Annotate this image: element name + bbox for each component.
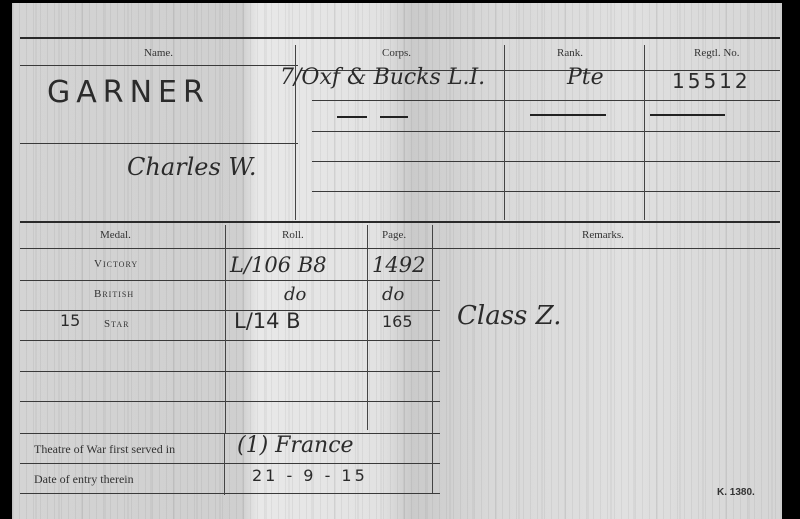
regtl-no-header: Regtl. No. (694, 47, 740, 59)
date-entry-value: 21 - 9 - 15 (252, 466, 368, 485)
theatre-divider (224, 433, 225, 495)
theatre-line (20, 433, 440, 434)
page-remarks-divider (432, 225, 433, 493)
medal-header-line (20, 248, 780, 249)
star-page: 165 (382, 312, 413, 331)
victory-page: 1492 (372, 253, 425, 277)
victory-roll: L/106 B8 (230, 253, 327, 277)
top-border (20, 37, 780, 39)
medal-star: Star (104, 318, 129, 330)
row-line-4 (312, 191, 780, 192)
form-code: K. 1380. (717, 487, 755, 498)
theatre-value: (1) France (237, 433, 354, 458)
remarks-value: Class Z. (457, 301, 562, 331)
medal-section-border (20, 221, 780, 223)
british-page: do (382, 284, 404, 305)
ditto-mark (337, 116, 367, 118)
row-line-3 (312, 161, 780, 162)
ditto-mark (650, 114, 725, 116)
medal-row-line (20, 310, 440, 311)
medal-index-card: Name. Corps. Rank. Regtl. No. GARNER Cha… (12, 3, 782, 519)
row-line-2 (312, 131, 780, 132)
corps-rank-divider (504, 45, 505, 220)
medal-british: British (94, 288, 134, 300)
ditto-mark (380, 116, 408, 118)
name-header-line (20, 65, 298, 66)
medal-roll-divider (225, 225, 226, 433)
name-row-line (20, 143, 298, 144)
medal-victory: Victory (94, 258, 138, 270)
rank-value: Pte (567, 65, 604, 90)
roll-page-divider (367, 225, 368, 430)
medal-row-line (20, 340, 440, 341)
regtl-no-value: 15512 (672, 69, 751, 93)
theatre-label: Theatre of War first served in (34, 442, 175, 457)
medal-row-line (20, 401, 440, 402)
row-line-1 (312, 100, 780, 101)
medal-header: Medal. (100, 229, 131, 241)
rank-header: Rank. (557, 47, 583, 59)
remarks-header: Remarks. (582, 229, 624, 241)
british-roll: do (284, 284, 306, 305)
star-roll: L/14 B (234, 309, 301, 333)
surname: GARNER (47, 75, 210, 110)
forenames: Charles W. (127, 153, 257, 181)
date-line (20, 463, 440, 464)
roll-header: Roll. (282, 229, 304, 241)
name-header: Name. (144, 47, 173, 59)
page-header: Page. (382, 229, 406, 241)
corps-value: 7/Oxf & Bucks L.I. (280, 65, 485, 90)
bottom-line (20, 493, 440, 494)
medal-row-line (20, 371, 440, 372)
rank-regtl-divider (644, 45, 645, 220)
star-prefix: 15 (60, 311, 80, 330)
ditto-mark (530, 114, 606, 116)
date-entry-label: Date of entry therein (34, 472, 134, 487)
corps-header: Corps. (382, 47, 411, 59)
medal-row-line (20, 280, 440, 281)
